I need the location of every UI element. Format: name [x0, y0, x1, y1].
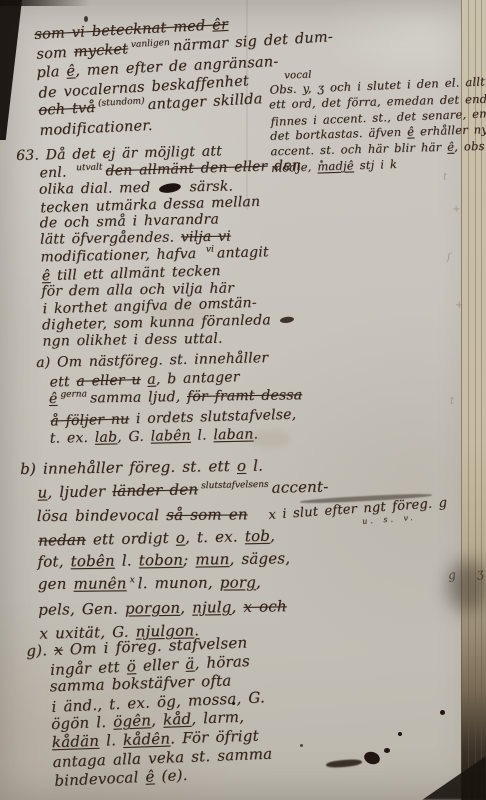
- text-segment: gerna: [60, 389, 87, 399]
- text-segment: för framt dessa: [187, 387, 303, 405]
- text-segment: l.: [115, 551, 139, 569]
- ink-dot: [320, 160, 323, 163]
- text-segment: g).: [26, 641, 54, 660]
- ink-dot: [84, 16, 88, 22]
- text-segment: mödje,: [271, 159, 318, 174]
- handwritten-line: u, ljuder länder denslutstafvelsensaccen…: [37, 476, 291, 507]
- text-segment: accent-: [271, 477, 328, 496]
- handwritten-line: gen munênxl. munon, porg,: [38, 570, 292, 597]
- text-segment: x: [130, 575, 135, 585]
- next-page-letter: g: [447, 568, 457, 583]
- text-segment: munên: [73, 574, 126, 592]
- text-segment: å följer nu: [50, 411, 129, 429]
- bleed-through-mark: t: [443, 172, 447, 183]
- text-segment: labên: [150, 428, 190, 445]
- handwritten-line: ngn olikhet i dess uttal.: [42, 329, 292, 350]
- text-segment: ögên: [113, 712, 152, 731]
- paper-stain: [150, 300, 210, 326]
- text-segment: t. ex.: [50, 430, 95, 447]
- text-segment: a eller u: [76, 372, 141, 390]
- text-segment: pla: [36, 64, 67, 81]
- text-segment: tobên: [70, 552, 114, 571]
- text-segment: mycket: [73, 41, 128, 60]
- text-segment: lätt öfvergåendes.: [40, 229, 181, 247]
- text-segment: så som en: [166, 505, 248, 524]
- text-segment: bindevocal: [54, 768, 146, 790]
- text-segment: ,: [256, 573, 261, 591]
- text-segment: olika dial. med: [39, 180, 157, 198]
- text-segment: i ordets slutstafvelse,: [129, 406, 296, 427]
- dark-corner-top-left: [0, 0, 22, 140]
- text-segment: x och: [243, 597, 287, 616]
- text-segment: êr: [212, 17, 229, 34]
- text-segment: lab: [95, 429, 118, 445]
- inline-ink-blot: [279, 316, 294, 324]
- text-segment: utvalt: [76, 162, 103, 173]
- text-segment: antagit: [217, 244, 269, 261]
- text-segment: vanligen: [131, 37, 170, 49]
- bleed-through-mark: +: [455, 300, 463, 311]
- text-segment: ;: [183, 551, 195, 569]
- handwriting-block-margin-right: vocalObs. y, ʒ och i slutet i den el. al…: [268, 63, 486, 177]
- text-segment: erhåller ny: [414, 123, 486, 139]
- handwritten-line: nedan ett ordigt o, t. ex. tob,: [38, 524, 292, 552]
- paper-stain: [250, 430, 290, 448]
- text-segment: länder den: [112, 480, 198, 500]
- handwriting-block-item-b: b) innehåller föreg. st. ett o l.u, ljud…: [20, 454, 293, 644]
- manuscript-photo: som vi betecknat med êrsom mycketvanlige…: [0, 0, 486, 800]
- text-segment: porg: [220, 573, 256, 591]
- text-segment: ,: [180, 599, 192, 617]
- text-segment: ett: [49, 373, 76, 390]
- ink-blot: [363, 750, 382, 766]
- text-segment: u. s. v.: [362, 513, 416, 526]
- text-segment: , höras: [194, 652, 250, 672]
- text-segment: , obs.: [454, 139, 486, 154]
- text-segment: (stundom): [98, 96, 145, 108]
- text-segment: slutstafvelsens: [201, 479, 269, 490]
- text-segment: mun: [195, 550, 229, 568]
- text-segment: , larm,: [191, 708, 244, 728]
- handwriting-block-item-g: g). x Om i föreg. stafvelseningår ett ö …: [26, 631, 316, 791]
- text-segment: u: [37, 483, 47, 501]
- text-segment: tob: [245, 526, 271, 545]
- handwriting-block-intro: som vi betecknat med êrsom mycketvanlige…: [34, 13, 292, 141]
- text-segment: kåd: [163, 710, 192, 729]
- text-segment: kådän: [52, 732, 100, 752]
- text-segment: , ljuder: [47, 482, 112, 501]
- bleed-through-mark: +: [452, 204, 460, 215]
- text-segment: , säges,: [229, 549, 290, 568]
- text-segment: ,: [151, 711, 164, 729]
- text-segment: modificationer.: [39, 117, 153, 138]
- text-segment: vilja vi: [181, 229, 231, 246]
- text-segment: fot,: [37, 552, 70, 570]
- text-segment: enl.: [39, 164, 73, 181]
- text-segment: , G.: [117, 429, 151, 446]
- text-segment: modificationer, hafva: [40, 245, 203, 265]
- text-segment: l.: [99, 731, 123, 750]
- text-segment: porgon: [125, 599, 181, 618]
- text-segment: l. munon,: [138, 573, 220, 592]
- ink-dot: [300, 744, 303, 747]
- text-segment: vocal: [284, 70, 312, 82]
- text-segment: som: [36, 44, 74, 62]
- ink-smear: [326, 758, 362, 768]
- text-segment: laban: [213, 426, 253, 443]
- text-segment: tobon: [139, 551, 184, 570]
- text-segment: ett ordigt: [86, 528, 176, 548]
- ink-dot: [384, 748, 390, 753]
- ink-dot: [440, 710, 445, 715]
- text-segment: eller: [135, 654, 185, 674]
- text-segment: (e).: [154, 766, 188, 785]
- text-segment: , b antager: [156, 369, 240, 387]
- dark-edge-top: [0, 0, 90, 6]
- next-page-letter: ʒ: [476, 566, 484, 581]
- ink-dot: [398, 732, 402, 736]
- text-segment: särsk.: [183, 179, 233, 196]
- text-segment: pels, Gen.: [38, 600, 125, 619]
- text-segment: kådên: [123, 729, 171, 749]
- text-segment: b) innehåller föreg. st. ett: [20, 457, 237, 478]
- text-segment: samma ljud,: [90, 389, 187, 406]
- text-segment: lösa bindevocal: [37, 506, 167, 525]
- text-segment: accent. st. och här blir här: [270, 140, 447, 158]
- inline-ink-blot: [158, 182, 181, 194]
- text-segment: gen: [38, 574, 74, 592]
- text-segment: o: [237, 457, 246, 475]
- text-segment: o: [176, 528, 186, 546]
- text-segment: vi: [206, 244, 214, 254]
- text-segment: nedan: [38, 530, 86, 549]
- text-segment: njulg: [192, 598, 232, 617]
- text-segment: , t. ex.: [185, 527, 245, 546]
- text-segment: stj i k: [354, 157, 398, 172]
- text-segment: ngn olikhet i dess uttal.: [42, 330, 222, 349]
- text-segment: . För öfrigt: [170, 727, 259, 748]
- text-segment: l.: [191, 427, 214, 443]
- bleed-through-mark: ſ: [447, 252, 451, 263]
- ink-dot: [232, 702, 235, 705]
- text-segment: l.: [246, 457, 263, 475]
- text-segment: ê: [49, 391, 58, 407]
- text-segment: ,: [231, 598, 243, 616]
- handwritten-line: lösa bindevocal så som en: [37, 503, 291, 527]
- bleed-through-mark: t: [450, 396, 454, 407]
